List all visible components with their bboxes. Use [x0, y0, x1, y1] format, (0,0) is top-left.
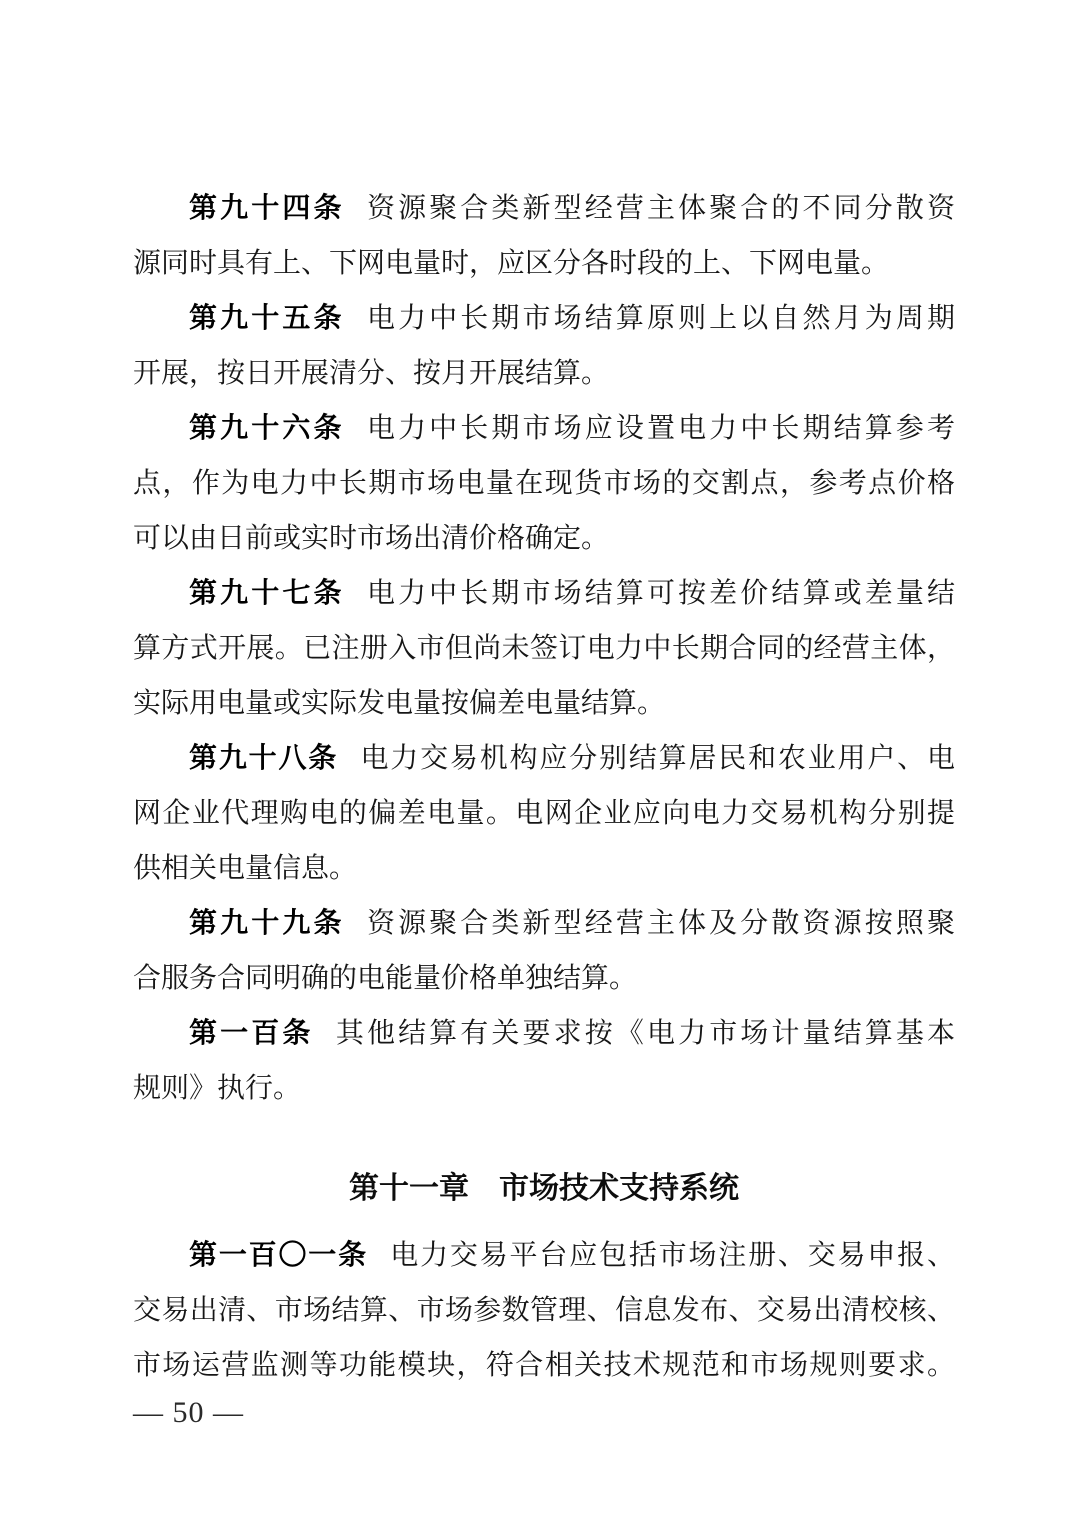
article-number: 第九十六条	[189, 413, 345, 444]
article-text: 电力中长期市场应设置电力中长期结算参考	[367, 413, 955, 444]
article-text: 电力交易机构应分别结算居民和农业用户、电	[360, 743, 955, 774]
article-paragraph-99: 第九十九条资源聚合类新型经营主体及分散资源按照聚 合服务合同明确的电能量价格单独…	[133, 896, 955, 1006]
article-paragraph-96: 第九十六条电力中长期市场应设置电力中长期结算参考 点，作为电力中长期市场电量在现…	[133, 401, 955, 566]
article-line: 第九十五条电力中长期市场结算原则上以自然月为周期	[133, 291, 955, 346]
article-line: 源同时具有上、下网电量时，应区分各时段的上、下网电量。	[133, 236, 955, 291]
article-paragraph-94: 第九十四条资源聚合类新型经营主体聚合的不同分散资 源同时具有上、下网电量时，应区…	[133, 181, 955, 291]
article-text: 资源聚合类新型经营主体聚合的不同分散资	[367, 193, 955, 224]
article-number: 第一百〇一条	[189, 1240, 368, 1271]
article-line: 开展，按日开展清分、按月开展结算。	[133, 346, 955, 401]
article-paragraph-100: 第一百条其他结算有关要求按《电力市场计量结算基本 规则》执行。	[133, 1006, 955, 1116]
article-line: 第九十四条资源聚合类新型经营主体聚合的不同分散资	[133, 181, 955, 236]
article-text: 其他结算有关要求按《电力市场计量结算基本	[336, 1018, 955, 1049]
article-number: 第九十五条	[189, 303, 345, 334]
article-line: 第九十六条电力中长期市场应设置电力中长期结算参考	[133, 401, 955, 456]
chapter-heading: 第十一章 市场技术支持系统	[133, 1161, 955, 1216]
article-number: 第九十四条	[189, 193, 345, 224]
article-text: 资源聚合类新型经营主体及分散资源按照聚	[367, 908, 955, 939]
page-number: — 50 —	[133, 1392, 244, 1434]
article-line: 第九十八条电力交易机构应分别结算居民和农业用户、电	[133, 731, 955, 786]
article-line: 规则》执行。	[133, 1061, 955, 1116]
article-paragraph-95: 第九十五条电力中长期市场结算原则上以自然月为周期 开展，按日开展清分、按月开展结…	[133, 291, 955, 401]
article-number: 第九十九条	[189, 908, 345, 939]
article-paragraph-101: 第一百〇一条电力交易平台应包括市场注册、交易申报、 交易出清、市场结算、市场参数…	[133, 1228, 955, 1393]
article-line: 市场运营监测等功能模块，符合相关技术规范和市场规则要求。	[133, 1338, 955, 1393]
article-line: 实际用电量或实际发电量按偏差电量结算。	[133, 676, 955, 731]
article-line: 第一百〇一条电力交易平台应包括市场注册、交易申报、	[133, 1228, 955, 1283]
document-page: 第九十四条资源聚合类新型经营主体聚合的不同分散资 源同时具有上、下网电量时，应区…	[0, 0, 1080, 1527]
article-paragraph-97: 第九十七条电力中长期市场结算可按差价结算或差量结 算方式开展。已注册入市但尚未签…	[133, 566, 955, 731]
article-text: 电力中长期市场结算原则上以自然月为周期	[367, 303, 955, 334]
article-text: 电力交易平台应包括市场注册、交易申报、	[390, 1240, 955, 1271]
article-line: 第九十九条资源聚合类新型经营主体及分散资源按照聚	[133, 896, 955, 951]
article-line: 网企业代理购电的偏差电量。电网企业应向电力交易机构分别提	[133, 786, 955, 841]
article-line: 算方式开展。已注册入市但尚未签订电力中长期合同的经营主体，	[133, 621, 955, 676]
article-line: 第一百条其他结算有关要求按《电力市场计量结算基本	[133, 1006, 955, 1061]
article-line: 点，作为电力中长期市场电量在现货市场的交割点，参考点价格	[133, 456, 955, 511]
article-line: 供相关电量信息。	[133, 841, 955, 896]
article-line: 合服务合同明确的电能量价格单独结算。	[133, 951, 955, 1006]
article-text: 电力中长期市场结算可按差价结算或差量结	[367, 578, 955, 609]
article-line: 交易出清、市场结算、市场参数管理、信息发布、交易出清校核、	[133, 1283, 955, 1338]
article-paragraph-98: 第九十八条电力交易机构应分别结算居民和农业用户、电 网企业代理购电的偏差电量。电…	[133, 731, 955, 896]
article-line: 可以由日前或实时市场出清价格确定。	[133, 511, 955, 566]
document-body: 第九十四条资源聚合类新型经营主体聚合的不同分散资 源同时具有上、下网电量时，应区…	[133, 181, 955, 1393]
article-number: 第九十八条	[189, 743, 338, 774]
article-number: 第一百条	[189, 1018, 313, 1049]
article-line: 第九十七条电力中长期市场结算可按差价结算或差量结	[133, 566, 955, 621]
article-number: 第九十七条	[189, 578, 345, 609]
